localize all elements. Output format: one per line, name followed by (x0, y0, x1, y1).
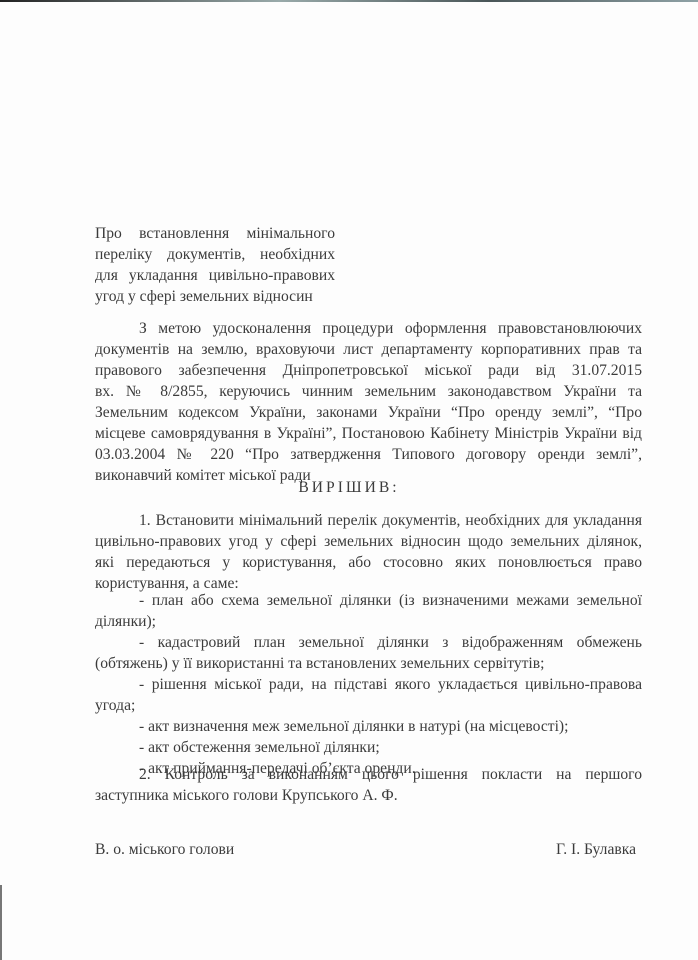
list-item-line: - акт обстеження земельної ділянки; (95, 737, 642, 758)
list-item-line: - план або схема земельної ділянки (із в… (95, 590, 642, 611)
item2-line: заступника міського голови Крупського А.… (95, 785, 642, 806)
list-item: - план або схема земельної ділянки (із в… (95, 590, 642, 632)
preamble-paragraph: З метою удосконалення процедури оформлен… (95, 318, 642, 486)
list-item-line: ділянки); (95, 611, 642, 632)
scan-top-edge (0, 0, 698, 2)
list-item-line: - рішення міської ради, на підставі яког… (95, 674, 642, 695)
document-subject: Про встановлення мінімального переліку д… (95, 223, 335, 307)
preamble-line: З метою удосконалення процедури оформлен… (95, 318, 642, 339)
list-item: - акт визначення меж земельної ділянки в… (95, 716, 642, 737)
subject-line: переліку документів, необхідних (95, 244, 335, 265)
decision-item-2: 2. Контроль за виконанням цього рішення … (95, 764, 642, 806)
decision-heading: ВИРІШИВ: (0, 479, 698, 497)
preamble-line: вх. № 8/2855, керуючись чинним земельним… (95, 381, 642, 402)
preamble-line: правового забезпечення Дніпропетровської… (95, 360, 642, 381)
subject-line: для укладання цивільно-правових (95, 265, 335, 286)
signatory-name: Г. І. Булавка (556, 841, 636, 859)
subject-line: угод у сфері земельних відносин (95, 286, 335, 307)
list-item-line: - кадастровий план земельної ділянки з в… (95, 632, 642, 653)
item1-line: які передаються у користування, або стос… (95, 552, 642, 573)
list-item: - акт обстеження земельної ділянки; (95, 737, 642, 758)
preamble-line: документів на землю, враховуючи лист деп… (95, 339, 642, 360)
preamble-line: 03.03.2004 № 220 “Про затвердження Типов… (95, 444, 642, 465)
preamble-line: Земельним кодексом України, законами Укр… (95, 402, 642, 423)
decision-item-1: 1. Встановити мінімальний перелік докуме… (95, 510, 642, 594)
list-item-line: (обтяжень) у її використанні та встановл… (95, 653, 642, 674)
item1-line: цивільно-правових угод у сфері земельних… (95, 531, 642, 552)
item1-line: 1. Встановити мінімальний перелік докуме… (95, 510, 642, 531)
list-item: - рішення міської ради, на підставі яког… (95, 674, 642, 716)
preamble-line: місцеве самоврядування в Україні”, Поста… (95, 423, 642, 444)
list-item-line: угода; (95, 695, 642, 716)
item2-line: 2. Контроль за виконанням цього рішення … (95, 764, 642, 785)
subject-line: Про встановлення мінімального (95, 223, 335, 244)
document-page: Про встановлення мінімального переліку д… (0, 0, 698, 960)
scan-left-edge (0, 885, 2, 960)
signatory-position: В. о. міського голови (95, 841, 234, 859)
list-item: - кадастровий план земельної ділянки з в… (95, 632, 642, 674)
list-item-line: - акт визначення меж земельної ділянки в… (95, 716, 642, 737)
document-list: - план або схема земельної ділянки (із в… (95, 590, 642, 779)
